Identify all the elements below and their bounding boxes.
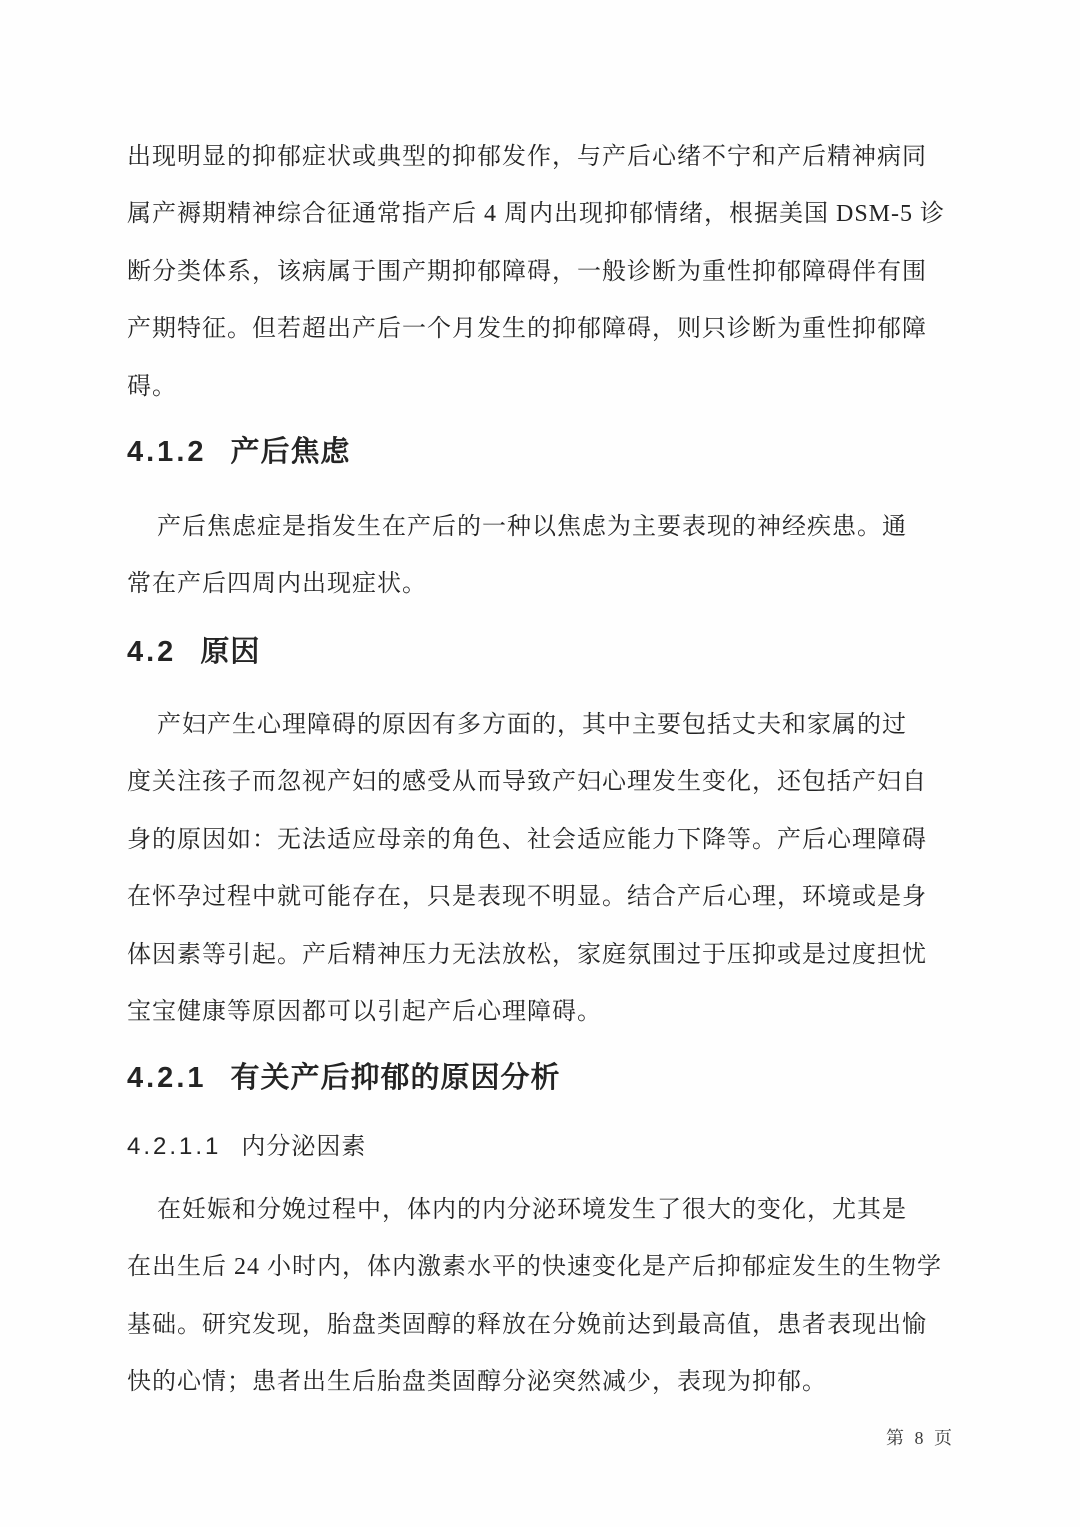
heading-title: 产后焦虑 bbox=[231, 436, 351, 468]
text-line: 宝宝健康等原因都可以引起产后心理障碍。 bbox=[127, 984, 957, 1041]
text-line: 产妇产生心理障碍的原因有多方面的，其中主要包括丈夫和家属的过 bbox=[127, 697, 957, 754]
paragraph-postpartum-anxiety: 产后焦虑症是指发生在产后的一种以焦虑为主要表现的神经疾患。通常在产后四周内出现症… bbox=[127, 499, 957, 614]
text-line: 常在产后四周内出现症状。 bbox=[127, 556, 957, 613]
heading-4-2-causes: 4.2原因 bbox=[127, 632, 957, 672]
document-page: 出现明显的抑郁症状或典型的抑郁发作，与产后心绪不宁和产后精神病同属产褥期精神综合… bbox=[0, 0, 1080, 1527]
text-line: 属产褥期精神综合征通常指产后 4 周内出现抑郁情绪，根据美国 DSM-5 诊 bbox=[127, 186, 957, 243]
text-line: 产期特征。但若超出产后一个月发生的抑郁障碍，则只诊断为重性抑郁障 bbox=[127, 301, 957, 358]
text-line: 出现明显的抑郁症状或典型的抑郁发作，与产后心绪不宁和产后精神病同 bbox=[127, 129, 957, 186]
page-number: 第 8 页 bbox=[127, 1424, 955, 1450]
heading-number: 4.2.1 bbox=[127, 1062, 207, 1094]
text-line: 产后焦虑症是指发生在产后的一种以焦虑为主要表现的神经疾患。通 bbox=[127, 499, 957, 556]
text-line: 快的心情；患者出生后胎盘类固醇分泌突然减少，表现为抑郁。 bbox=[127, 1354, 957, 1411]
heading-title: 原因 bbox=[200, 636, 260, 668]
text-line: 在怀孕过程中就可能存在，只是表现不明显。结合产后心理，环境或是身 bbox=[127, 869, 957, 926]
heading-title: 内分泌因素 bbox=[241, 1134, 366, 1160]
text-line: 基础。研究发现，胎盘类固醇的释放在分娩前达到最高值，患者表现出愉 bbox=[127, 1297, 957, 1354]
heading-number: 4.1.2 bbox=[127, 436, 207, 468]
paragraph-endocrine-factors: 在妊娠和分娩过程中，体内的内分泌环境发生了很大的变化，尤其是在出生后 24 小时… bbox=[127, 1182, 957, 1412]
text-line: 度关注孩子而忽视产妇的感受从而导致产妇心理发生变化，还包括产妇自 bbox=[127, 754, 957, 811]
text-line: 在出生后 24 小时内，体内激素水平的快速变化是产后抑郁症发生的生物学 bbox=[127, 1239, 957, 1296]
text-line: 断分类体系，该病属于围产期抑郁障碍，一般诊断为重性抑郁障碍伴有围 bbox=[127, 244, 957, 301]
heading-number: 4.2 bbox=[127, 636, 176, 668]
heading-4-1-2-postpartum-anxiety: 4.1.2产后焦虑 bbox=[127, 432, 957, 472]
paragraph-causes: 产妇产生心理障碍的原因有多方面的，其中主要包括丈夫和家属的过度关注孩子而忽视产妇… bbox=[127, 697, 957, 1041]
text-line: 碍。 bbox=[127, 359, 957, 416]
text-line: 身的原因如：无法适应母亲的角色、社会适应能力下降等。产后心理障碍 bbox=[127, 812, 957, 869]
text-line: 在妊娠和分娩过程中，体内的内分泌环境发生了很大的变化，尤其是 bbox=[127, 1182, 957, 1239]
heading-4-2-1-1-endocrine-factors: 4.2.1.1内分泌因素 bbox=[127, 1130, 957, 1164]
heading-4-2-1-cause-analysis: 4.2.1有关产后抑郁的原因分析 bbox=[127, 1058, 957, 1098]
paragraph-overflow-continuation: 出现明显的抑郁症状或典型的抑郁发作，与产后心绪不宁和产后精神病同属产褥期精神综合… bbox=[127, 129, 957, 416]
heading-number: 4.2.1.1 bbox=[127, 1133, 221, 1160]
text-line: 体因素等引起。产后精神压力无法放松，家庭氛围过于压抑或是过度担忧 bbox=[127, 927, 957, 984]
heading-title: 有关产后抑郁的原因分析 bbox=[231, 1062, 561, 1094]
